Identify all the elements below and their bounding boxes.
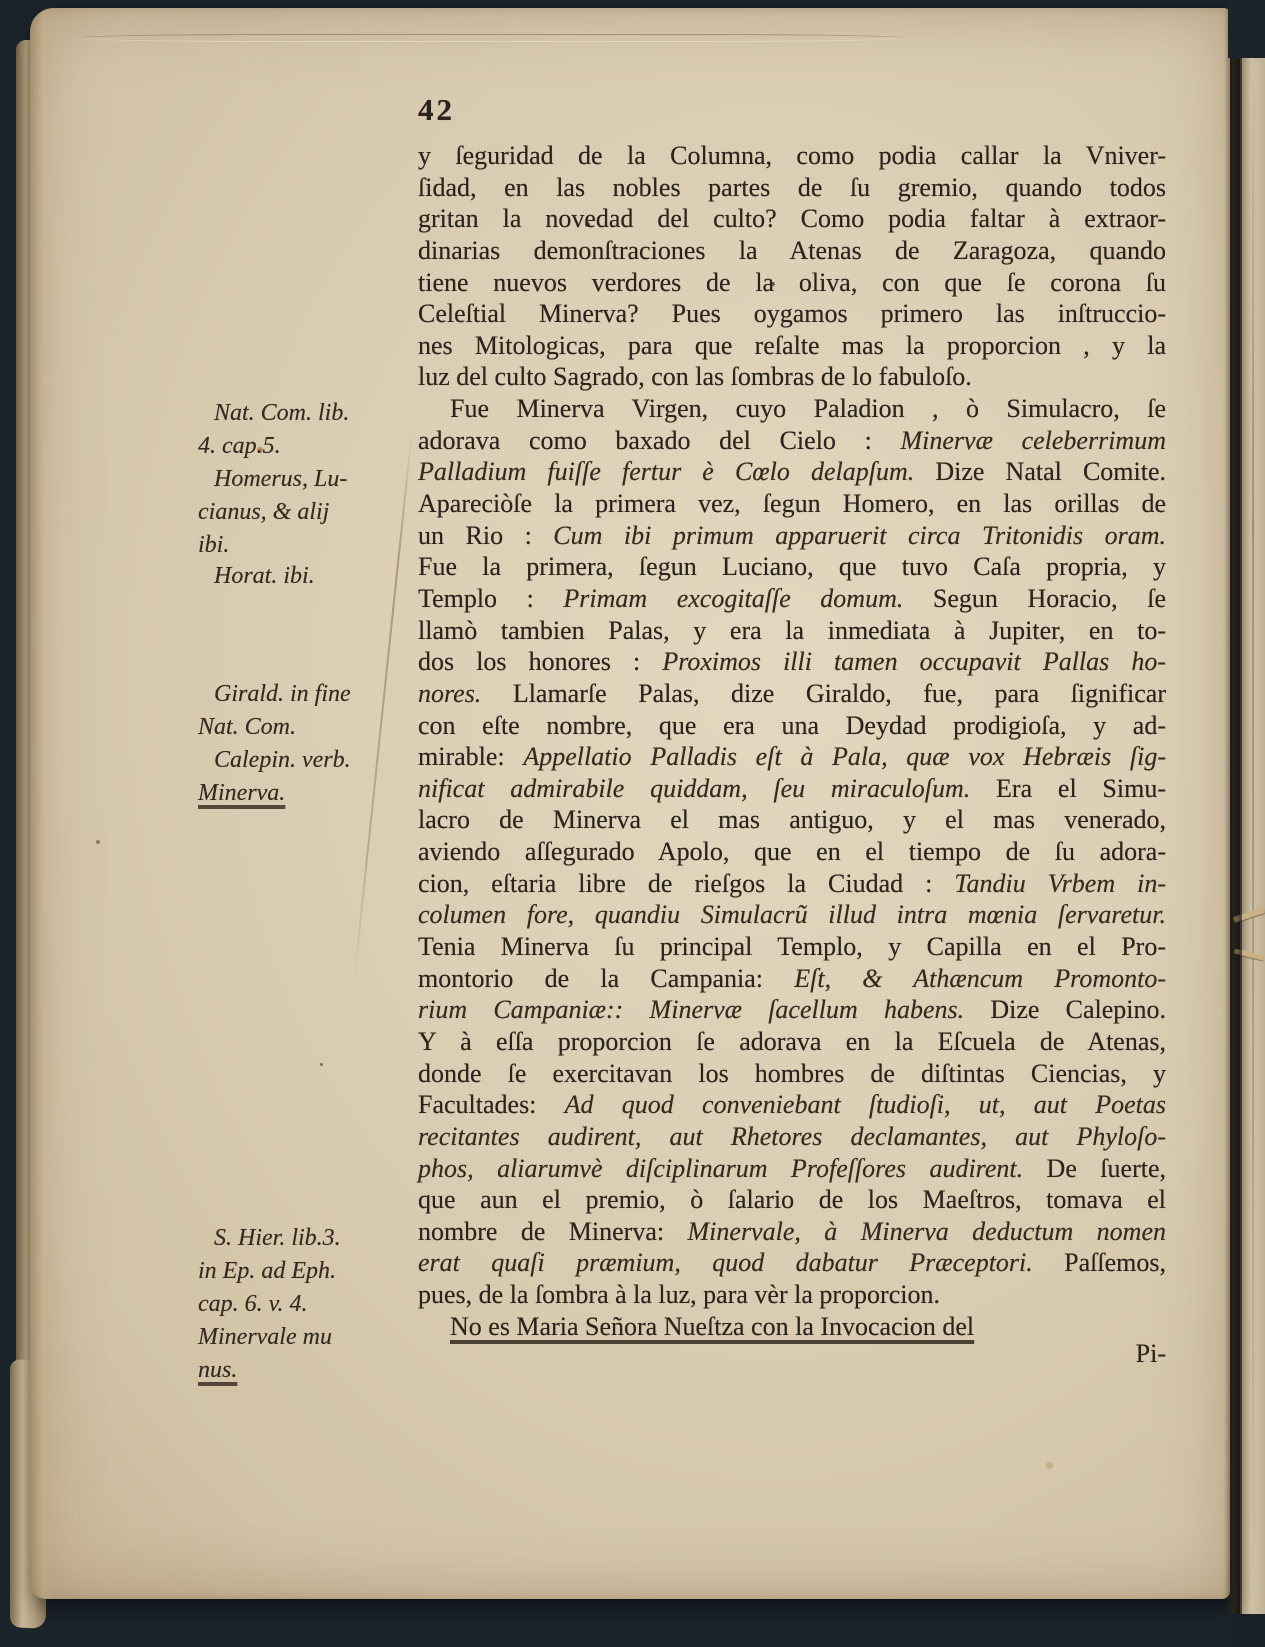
text-segment: tiene nuevos verdores de la oliva, con q… <box>418 268 1166 297</box>
body-text-line: erat quaſi præmium, quod dabatur Præcept… <box>418 1247 1166 1279</box>
margin-note-line: Horat. ibi. <box>198 560 416 593</box>
latin-quote-segment: Palladium fuiſſe fertur è Cœlo delapſum. <box>418 457 914 486</box>
latin-quote-segment: Minervæ celeberrimum <box>900 426 1166 455</box>
body-text-line: columen fore, quandiu Simulacrũ illud in… <box>418 899 1166 931</box>
body-text-line: pues, de la ſombra à la luz, para vèr la… <box>418 1279 1166 1311</box>
background-corner <box>1228 0 1265 58</box>
fore-edge-crease <box>1252 60 1254 1600</box>
body-text-line: nes Mitologicas, para que reſalte mas la… <box>418 330 1166 362</box>
paper-speck <box>1046 1462 1053 1469</box>
text-segment: un Rio : <box>418 521 553 550</box>
text-segment: De ſuerte, <box>1023 1154 1166 1183</box>
body-text-line: gritan la novedad del culto? Como podia … <box>418 203 1166 235</box>
margin-note-line: Nat. Com. lib. <box>198 397 416 430</box>
text-segment: Era el Simu- <box>970 774 1166 803</box>
text-segment: y ſeguridad de la Columna, como podia ca… <box>418 141 1166 170</box>
text-segment: dos los honores : <box>418 647 662 676</box>
body-text-line: Tenia Minerva ſu principal Templo, y Cap… <box>418 931 1166 963</box>
latin-quote-segment: Appellatio Palladis eſt à Pala, quæ vox … <box>523 742 1166 771</box>
text-segment: cion, eſtaria libre de rieſgos la Ciudad… <box>418 869 954 898</box>
margin-note-line: Nat. Com. <box>198 711 416 744</box>
text-segment: Dize Calepino. <box>964 995 1166 1024</box>
body-text-line: mirable: Appellatio Palladis eſt à Pala,… <box>418 741 1166 773</box>
body-text-line: donde ſe exercitavan los hombres de diſt… <box>418 1058 1166 1090</box>
body-text-line: Celeſtial Minerva? Pues oygamos primero … <box>418 298 1166 330</box>
page-number: 42 <box>418 92 455 128</box>
body-text-line: rium Campaniæ:: Minervæ ſacellum habens.… <box>418 994 1166 1026</box>
margin-note-line: nus. <box>198 1354 416 1387</box>
margin-note-line: 4. cap.5. <box>198 430 416 463</box>
body-text-line: un Rio : Cum ibi primum apparuerit circa… <box>418 520 1166 552</box>
body-text-line: Fue la primera, ſegun Luciano, que tuvo … <box>418 551 1166 583</box>
text-segment: montorio de la Campania: <box>418 964 794 993</box>
latin-quote-segment: nificat admirabile quiddam, ſeu miraculo… <box>418 774 970 803</box>
margin-note: Nat. Com. lib.4. cap.5. <box>198 397 416 463</box>
body-text-line: y ſeguridad de la Columna, como podia ca… <box>418 140 1166 172</box>
text-segment: Llamarſe Palas, dize Giraldo, fue, para … <box>481 679 1166 708</box>
latin-quote-segment: Cum ibi primum apparuerit circa Tritonid… <box>553 521 1166 550</box>
text-segment: lacro de Minerva el mas antiguo, y el ma… <box>418 805 1166 834</box>
text-segment: Facultades: <box>418 1090 565 1119</box>
latin-quote-segment: Ad quod conveniebant ſtudioſi, ut, aut P… <box>565 1090 1166 1119</box>
margin-note: S. Hier. lib.3.in Ep. ad Eph.cap. 6. v. … <box>198 1222 416 1387</box>
text-segment: Fue Minerva Virgen, cuyo Paladion , ò Si… <box>450 394 1166 423</box>
text-segment: gritan la novedad del culto? Como podia … <box>418 204 1166 233</box>
body-text-line: nores. Llamarſe Palas, dize Giraldo, fue… <box>418 678 1166 710</box>
margin-note-line: Girald. in fine <box>198 678 416 711</box>
latin-quote-segment: Primam excogitaſſe domum. <box>563 584 903 613</box>
text-segment: Templo : <box>418 584 563 613</box>
body-text-line: Apareciòſe la primera vez, ſegun Homero,… <box>418 488 1166 520</box>
body-text-line: ſidad, en las nobles partes de ſu gremio… <box>418 172 1166 204</box>
margin-note-line: cap. 6. v. 4. <box>198 1288 416 1321</box>
latin-quote-segment: nores. <box>418 679 481 708</box>
body-text-line: Fue Minerva Virgen, cuyo Paladion , ò Si… <box>418 393 1166 425</box>
margin-note: Horat. ibi. <box>198 560 416 593</box>
margin-note-line: S. Hier. lib.3. <box>198 1222 416 1255</box>
body-text-line: con eſte nombre, que era una Deydad prod… <box>418 710 1166 742</box>
body-text-line: montorio de la Campania: Eſt, & Athæncum… <box>418 963 1166 995</box>
text-segment: Tenia Minerva ſu principal Templo, y Cap… <box>418 932 1166 961</box>
main-text-block: y ſeguridad de la Columna, como podia ca… <box>418 140 1166 1342</box>
paper-speck <box>320 1063 323 1066</box>
margin-note-line: Minervale mu <box>198 1321 416 1354</box>
margin-note: Homerus, Lu-cianus, & alijibi. <box>198 463 416 562</box>
catchword: Pi- <box>418 1339 1166 1369</box>
body-text-line: recitantes audirent, aut Rhetores declam… <box>418 1121 1166 1153</box>
text-segment: pues, de la ſombra à la luz, para vèr la… <box>418 1280 940 1309</box>
latin-quote-segment: rium Campaniæ:: Minervæ ſacellum habens. <box>418 995 964 1024</box>
text-segment: aviendo aſſegurado Apolo, que en el tiem… <box>418 837 1166 866</box>
latin-quote-segment: columen fore, quandiu Simulacrũ illud in… <box>418 900 1166 929</box>
body-text-line: Y à eſſa proporcion ſe adorava en la Eſc… <box>418 1026 1166 1058</box>
page-edge-shadow <box>1224 8 1242 1614</box>
margin-note-line: in Ep. ad Eph. <box>198 1255 416 1288</box>
body-text-line: que aun el premio, ò ſalario de los Maeſ… <box>418 1184 1166 1216</box>
text-segment: ſidad, en las nobles partes de ſu gremio… <box>418 173 1166 202</box>
text-segment: nes Mitologicas, para que reſalte mas la… <box>418 331 1166 360</box>
text-segment: Dize Natal Comite. <box>914 457 1166 486</box>
text-segment: Fue la primera, ſegun Luciano, que tuvo … <box>418 552 1166 581</box>
latin-quote-segment: erat quaſi præmium, quod dabatur Præcept… <box>418 1248 1033 1277</box>
latin-quote-segment: Minervale, à Minerva deductum nomen <box>688 1217 1166 1246</box>
body-text-line: Palladium fuiſſe fertur è Cœlo delapſum.… <box>418 456 1166 488</box>
body-text-line: nombre de Minerva: Minervale, à Minerva … <box>418 1216 1166 1248</box>
text-segment: nombre de Minerva: <box>418 1217 688 1246</box>
latin-quote-segment: Tandiu Vrbem in- <box>954 869 1166 898</box>
text-segment: Segun Horacio, ſe <box>903 584 1166 613</box>
body-text-line: adorava como baxado del Cielo : Minervæ … <box>418 425 1166 457</box>
margin-note-line: ibi. <box>198 529 416 562</box>
body-text-line: cion, eſtaria libre de rieſgos la Ciudad… <box>418 868 1166 900</box>
body-text-line: nificat admirabile quiddam, ſeu miraculo… <box>418 773 1166 805</box>
text-segment: llamò tambien Palas, y era la inmediata … <box>418 616 1166 645</box>
body-text-line: Facultades: Ad quod conveniebant ſtudioſ… <box>418 1089 1166 1121</box>
text-segment: Paſſemos, <box>1033 1248 1166 1277</box>
text-segment: con eſte nombre, que era una Deydad prod… <box>418 711 1166 740</box>
body-text-line: llamò tambien Palas, y era la inmediata … <box>418 615 1166 647</box>
text-segment: donde ſe exercitavan los hombres de diſt… <box>418 1059 1166 1088</box>
text-segment: No es Maria Señora Nueſtza con la Invoca… <box>450 1312 974 1341</box>
margin-note-line: Minerva. <box>198 777 416 810</box>
background-corner <box>1232 1614 1265 1647</box>
latin-quote-segment: Eſt, & Athæncum Promonto- <box>794 964 1166 993</box>
paper-speck <box>96 840 100 844</box>
latin-quote-segment: phos, aliarumvè diſciplinarum Profeſſore… <box>418 1154 1023 1183</box>
body-text-line: Templo : Primam excogitaſſe domum. Segun… <box>418 583 1166 615</box>
text-segment: Apareciòſe la primera vez, ſegun Homero,… <box>418 489 1166 518</box>
book-scan-photo: 42 y ſeguridad de la Columna, como podia… <box>0 0 1265 1647</box>
margin-note-line: cianus, & alij <box>198 496 416 529</box>
body-text-line: tiene nuevos verdores de la oliva, con q… <box>418 267 1166 299</box>
margin-note-line: Homerus, Lu- <box>198 463 416 496</box>
body-text-line: luz del culto Sagrado, con las ſombras d… <box>418 361 1166 393</box>
text-segment: Celeſtial Minerva? Pues oygamos primero … <box>418 299 1166 328</box>
margin-note: Girald. in fineNat. Com. <box>198 678 416 744</box>
text-segment: dinarias demonſtraciones la Atenas de Za… <box>418 236 1166 265</box>
body-text-line: dinarias demonſtraciones la Atenas de Za… <box>418 235 1166 267</box>
body-text-line: aviendo aſſegurado Apolo, que en el tiem… <box>418 836 1166 868</box>
body-text-line: lacro de Minerva el mas antiguo, y el ma… <box>418 804 1166 836</box>
text-segment: adorava como baxado del Cielo : <box>418 426 900 455</box>
margin-note: Calepin. verb.Minerva. <box>198 744 416 810</box>
latin-quote-segment: Proximos illi tamen occupavit Pallas ho- <box>662 647 1166 676</box>
body-text-line: phos, aliarumvè diſciplinarum Profeſſore… <box>418 1153 1166 1185</box>
text-segment: mirable: <box>418 742 523 771</box>
text-segment: luz del culto Sagrado, con las ſombras d… <box>418 362 972 391</box>
margin-note-line: Calepin. verb. <box>198 744 416 777</box>
latin-quote-segment: recitantes audirent, aut Rhetores declam… <box>418 1122 1166 1151</box>
text-segment: que aun el premio, ò ſalario de los Maeſ… <box>418 1185 1166 1214</box>
text-segment: Y à eſſa proporcion ſe adorava en la Eſc… <box>418 1027 1166 1056</box>
body-text-line: dos los honores : Proximos illi tamen oc… <box>418 646 1166 678</box>
body-text-line: No es Maria Señora Nueſtza con la Invoca… <box>418 1311 1166 1343</box>
